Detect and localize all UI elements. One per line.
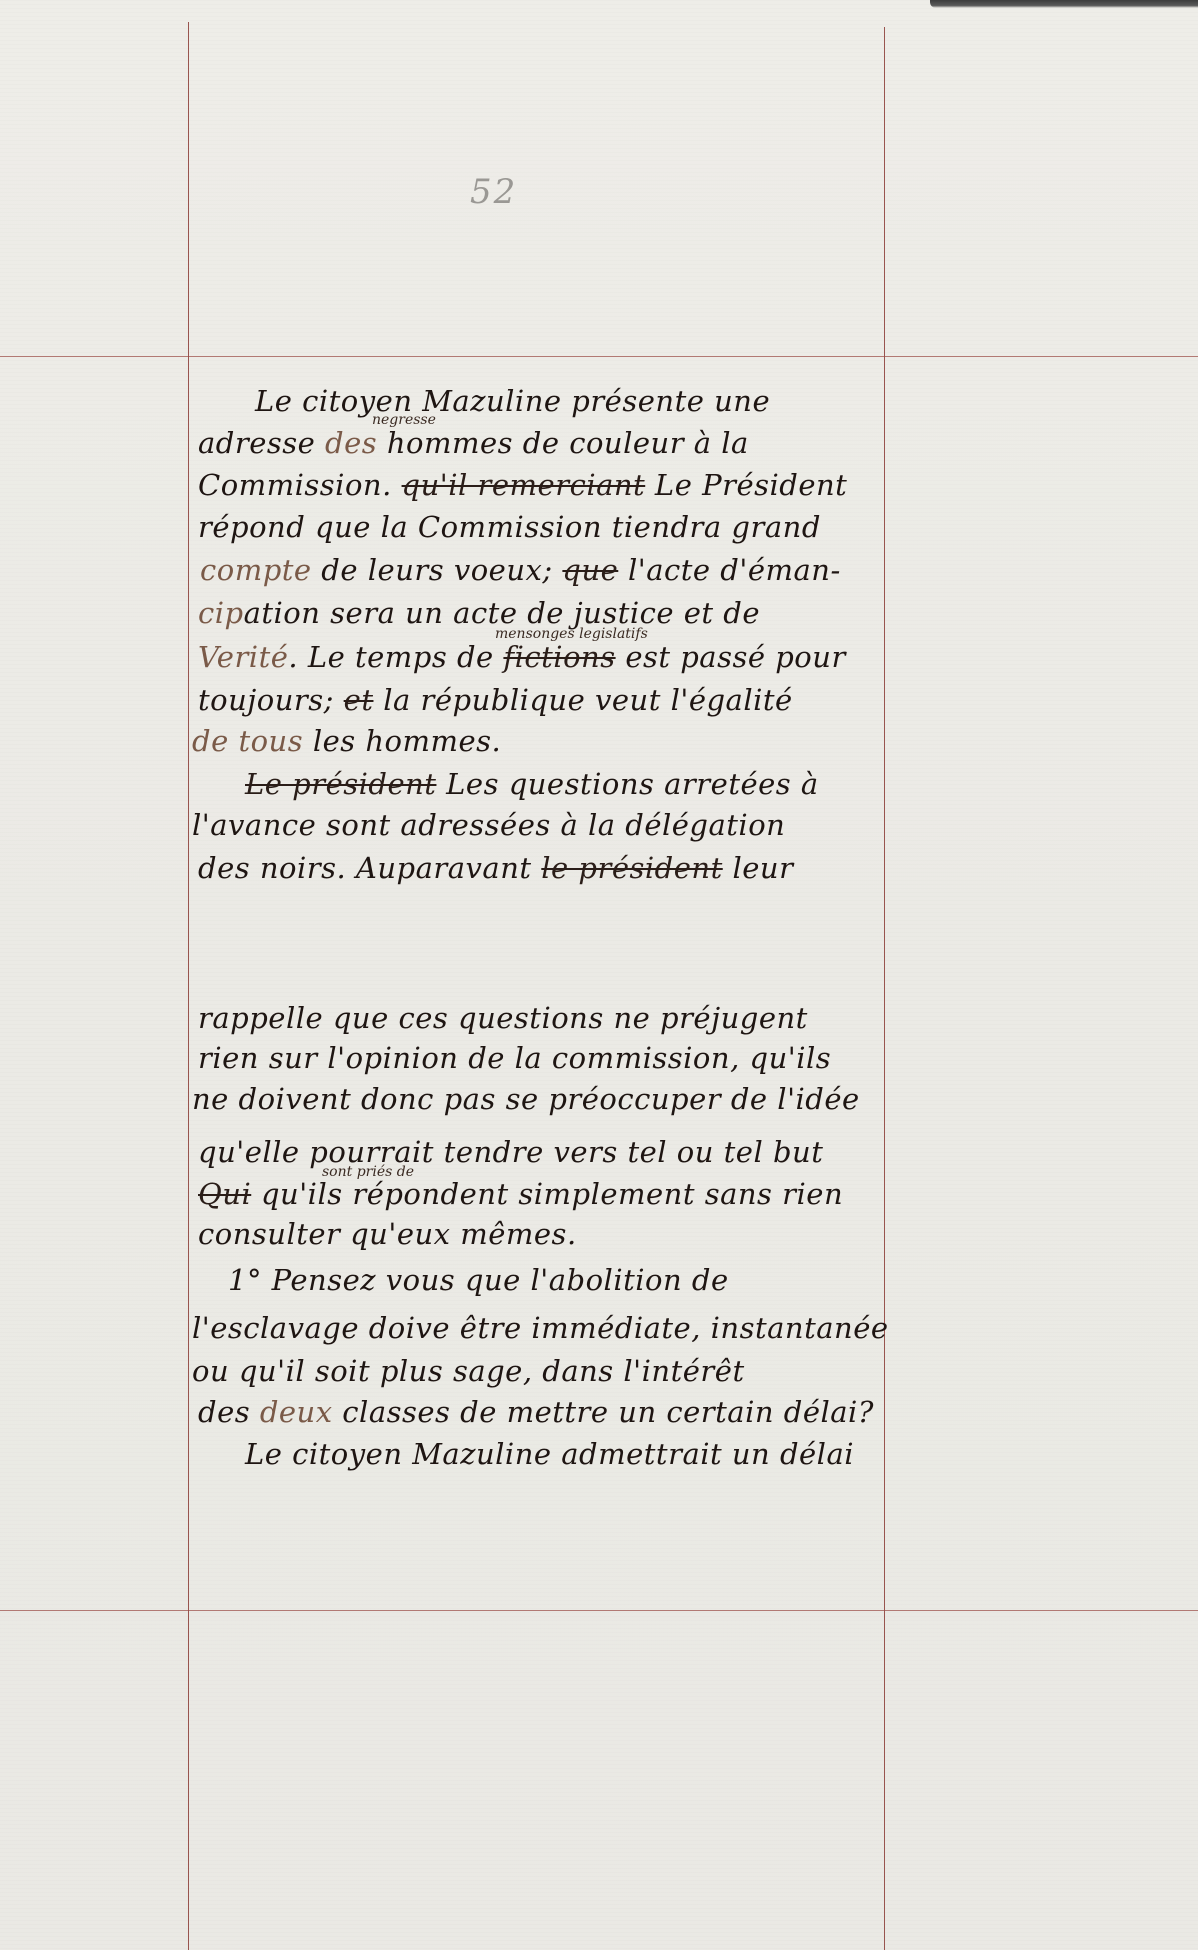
- line-text: qu'ils: [251, 1177, 352, 1211]
- manuscript-line: rappelle que ces questions ne préjugent: [198, 1001, 808, 1035]
- folio-number: 52: [470, 172, 517, 212]
- line-text: Le citoyen Mazuline présente une: [255, 384, 770, 418]
- manuscript-line: des deux classes de mettre un certain dé…: [198, 1395, 874, 1429]
- manuscript-line: l'esclavage doive être immédiate, instan…: [192, 1311, 889, 1345]
- line-text: 1° Pensez vous que l'abolition de: [228, 1263, 729, 1297]
- line-text: répond que la Commission tiendra grand: [198, 510, 821, 544]
- line-text: Le citoyen Mazuline admettrait un délai: [245, 1437, 854, 1471]
- line-text: adresse: [198, 426, 325, 460]
- line-text: consulter qu'eux mêmes.: [198, 1217, 577, 1251]
- line-text: de leurs voeux;: [312, 553, 563, 587]
- line-text: leur: [723, 851, 794, 885]
- line-text: qu'elle pourrait tendre vers tel ou tel …: [198, 1135, 823, 1169]
- struck-text: le président: [541, 851, 722, 885]
- line-text: l'acte d'éman-: [618, 553, 841, 587]
- manuscript-line: l'avance sont adressées à la délégation: [192, 808, 785, 842]
- interlinear-note: sont priés de: [322, 1164, 414, 1180]
- manuscript-line: Le président Les questions arretées à: [245, 767, 819, 801]
- manuscript-line: répond que la Commission tiendra grand: [198, 510, 821, 544]
- manuscript-line: toujours; et la république veut l'égalit…: [198, 683, 793, 717]
- manuscript-line: compte de leurs voeux; que l'acte d'éman…: [200, 553, 841, 587]
- line-text: de tous: [192, 724, 303, 758]
- struck-text: que: [562, 553, 618, 587]
- manuscript-line: de tous les hommes.: [192, 724, 501, 758]
- interlinear-note: mensonges legislatifs: [495, 626, 648, 642]
- struck-text: Le président: [245, 767, 436, 801]
- manuscript-line: Le citoyen Mazuline présente une: [255, 384, 770, 418]
- line-text: Les questions arretées à: [436, 767, 818, 801]
- line-text: cip: [198, 596, 244, 630]
- line-text: ation sera un acte de justice et de: [244, 596, 760, 630]
- manuscript-line: qu'elle pourrait tendre vers tel ou tel …: [198, 1135, 823, 1169]
- struck-text: Qui: [198, 1177, 251, 1211]
- manuscript-line: Le citoyen Mazuline admettrait un délai: [245, 1437, 854, 1471]
- struck-text: et: [344, 683, 374, 717]
- line-text: des: [198, 1395, 260, 1429]
- manuscript-line: Verité. Le temps de fictions est passé p…: [198, 640, 846, 674]
- line-text: hommes de couleur à la: [377, 426, 749, 460]
- line-text: Verité: [198, 640, 288, 674]
- line-text: ou qu'il soit plus sage, dans l'intérêt: [192, 1354, 745, 1388]
- manuscript-line: consulter qu'eux mêmes.: [198, 1217, 577, 1251]
- manuscript-line: adresse des hommes de couleur à la: [198, 426, 749, 460]
- manuscript-page: [0, 0, 1198, 1950]
- manuscript-line: des noirs. Auparavant le président leur: [198, 851, 793, 885]
- manuscript-line: Qui qu'ils répondent simplement sans rie…: [198, 1177, 843, 1211]
- line-text: des noirs. Auparavant: [198, 851, 541, 885]
- manuscript-line: cipation sera un acte de justice et de: [198, 596, 760, 630]
- struck-text: qu'il remerciant: [402, 468, 646, 502]
- manuscript-line: 1° Pensez vous que l'abolition de: [228, 1263, 729, 1297]
- interlinear-note: negresse: [372, 412, 436, 428]
- vertical-margin-rule: [884, 27, 885, 1950]
- line-text: rien sur l'opinion de la commission, qu'…: [198, 1041, 831, 1075]
- line-text: répondent: [352, 1177, 508, 1211]
- line-text: classes de mettre un certain délai?: [333, 1395, 874, 1429]
- line-text: . Le temps de: [288, 640, 503, 674]
- line-text: Le Président: [645, 468, 847, 502]
- line-text: l'esclavage doive être immédiate, instan…: [192, 1311, 889, 1345]
- line-text: deux: [260, 1395, 333, 1429]
- line-text: est passé pour: [616, 640, 846, 674]
- line-text: des: [325, 426, 377, 460]
- manuscript-line: rien sur l'opinion de la commission, qu'…: [198, 1041, 831, 1075]
- line-text: ne doivent donc pas se préoccuper de l'i…: [192, 1082, 860, 1116]
- line-text: les hommes.: [303, 724, 501, 758]
- struck-text: fictions: [503, 640, 615, 674]
- horizontal-margin-rule: [0, 1610, 1198, 1611]
- line-text: compte: [200, 553, 312, 587]
- manuscript-line: ne doivent donc pas se préoccuper de l'i…: [192, 1082, 860, 1116]
- horizontal-margin-rule: [0, 356, 1198, 357]
- torn-page-edge: [930, 0, 1198, 8]
- line-text: l'avance sont adressées à la délégation: [192, 808, 785, 842]
- line-text: la république veut l'égalité: [373, 683, 792, 717]
- line-text: simplement sans rien: [509, 1177, 844, 1211]
- manuscript-line: ou qu'il soit plus sage, dans l'intérêt: [192, 1354, 745, 1388]
- vertical-margin-rule: [188, 22, 189, 1950]
- line-text: rappelle que ces questions ne préjugent: [198, 1001, 808, 1035]
- manuscript-line: Commission. qu'il remerciant Le Présiden…: [198, 468, 847, 502]
- line-text: Commission.: [198, 468, 402, 502]
- line-text: toujours;: [198, 683, 344, 717]
